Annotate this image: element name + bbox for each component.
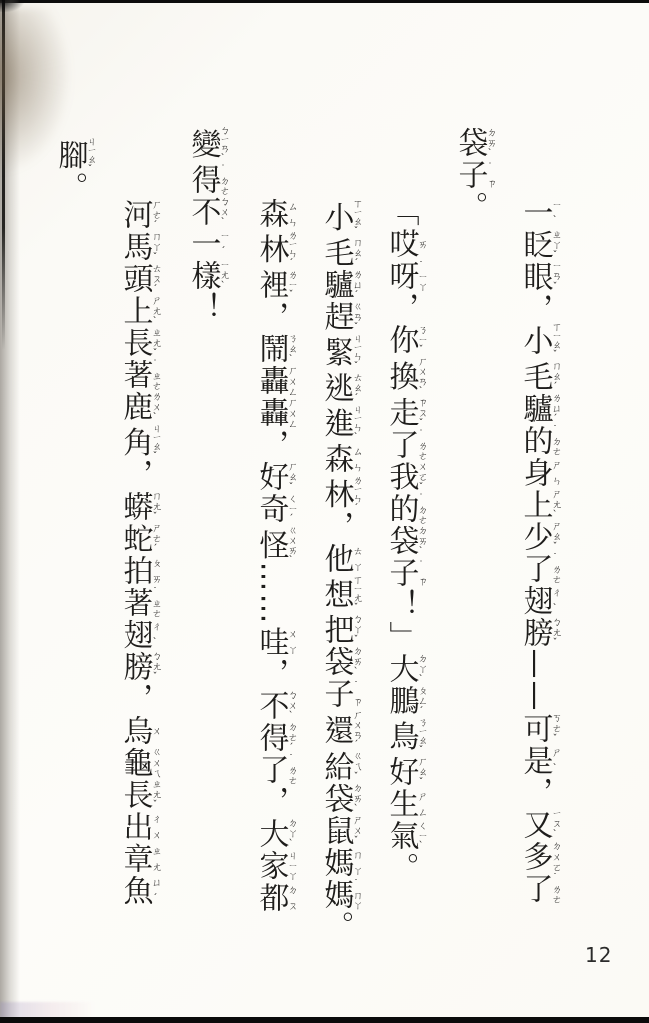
annotated-character: 小ㄒㄧㄠˇ bbox=[319, 198, 354, 237]
zhuyin-annotation: ㄅㄚˇ bbox=[351, 614, 362, 646]
zhuyin-annotation: ㄏㄜˊ bbox=[150, 199, 161, 231]
annotated-character: 好ㄏㄠˇ bbox=[384, 756, 419, 788]
zhuyin-annotation: ㄆㄞ bbox=[150, 555, 161, 587]
zhuyin-annotation: ㄧㄡˋ bbox=[550, 809, 561, 841]
zhuyin-annotation: ㄧㄢˇ bbox=[550, 261, 561, 293]
zhuyin-annotation: ㄏㄨㄢˊ bbox=[351, 710, 362, 751]
zhuyin-annotation: ˙ㄉㄜ bbox=[416, 493, 427, 525]
annotated-character: 可ㄎㄜˇ bbox=[518, 713, 553, 745]
zhuyin-annotation: ㄅㄤˇ bbox=[550, 617, 561, 649]
annotated-character: 了˙ㄌㄜ bbox=[518, 873, 553, 905]
annotated-character: 膀ㄅㄤˇ bbox=[118, 651, 153, 683]
zhuyin-annotation: ㄔˋ bbox=[550, 585, 561, 617]
annotated-character: 轟ㄏㄨㄥ bbox=[254, 365, 289, 397]
annotated-character: 把ㄅㄚˇ bbox=[319, 614, 354, 646]
zhuyin-annotation: ㄗㄡˇ bbox=[416, 397, 427, 429]
annotated-character: 大ㄉㄚˋ bbox=[384, 653, 419, 685]
scan-edge-bottom bbox=[0, 1017, 649, 1023]
annotated-character: 換ㄏㄨㄢˋ bbox=[384, 356, 419, 397]
annotated-character: 子˙ㄗ bbox=[384, 557, 419, 589]
annotated-character: 生ㄕㄥ bbox=[384, 788, 419, 820]
zhuyin-annotation: ㄕㄨˇ bbox=[351, 815, 362, 847]
annotated-character: 得˙ㄉㄜ bbox=[186, 164, 221, 196]
annotated-character: 毛ㄇㄠˊ bbox=[319, 237, 354, 269]
annotated-character: 林ㄌㄧㄣˊ bbox=[254, 230, 289, 269]
zhuyin-annotation: ㄕㄤˋ bbox=[150, 295, 161, 327]
punctuation-character: ， bbox=[254, 429, 289, 461]
zhuyin-annotation: ㄑㄧˊ bbox=[286, 493, 297, 525]
annotated-character: 一ㄧˋ bbox=[518, 197, 553, 229]
annotated-character: 驢ㄌㄩˊ bbox=[518, 393, 553, 425]
zhuyin-annotation: ㄏㄠˇ bbox=[416, 756, 427, 788]
zhuyin-annotation: ㄕㄣ bbox=[550, 457, 561, 489]
scan-noise-bottom-left bbox=[0, 1002, 95, 1018]
annotated-character: 子˙ㄗ bbox=[453, 159, 488, 191]
zhuyin-annotation: ˙ㄇㄚ bbox=[351, 879, 362, 911]
zhuyin-annotation: ㄧㄤˋ bbox=[218, 260, 229, 292]
zhuyin-annotation: ㄇㄠˊ bbox=[550, 361, 561, 393]
annotated-character: 拍ㄆㄞ bbox=[118, 555, 153, 587]
text-column-3: 「哎ㄞ呀˙ㄧㄚ，你ㄋㄧˇ換ㄏㄨㄢˋ走ㄗㄡˇ了˙ㄌㄜ我ㄨㄛˇ的˙ㄉㄜ袋ㄉㄞˋ子˙ㄗ… bbox=[383, 196, 426, 884]
text-column-6: 變ㄅㄧㄢˋ得˙ㄉㄜ不ㄅㄨˋ一ㄧˊ樣ㄧㄤˋ！ bbox=[185, 125, 228, 324]
zhuyin-annotation: ˙ㄌㄜ bbox=[550, 553, 561, 585]
zhuyin-annotation: ˙ㄌㄜ bbox=[416, 429, 427, 461]
zhuyin-annotation: ㄙㄣ bbox=[351, 443, 362, 475]
punctuation-character: ， bbox=[254, 301, 289, 333]
zhuyin-annotation: ㄏㄨㄢˋ bbox=[416, 356, 427, 397]
zhuyin-annotation: ㄆㄥˊ bbox=[416, 685, 427, 717]
zhuyin-annotation: ㄐㄧㄣˇ bbox=[351, 333, 362, 372]
page-number: 12 bbox=[585, 943, 612, 967]
zhuyin-annotation: ㄅㄧㄢˋ bbox=[218, 125, 229, 164]
zhuyin-annotation: ˙ㄗ bbox=[416, 557, 427, 589]
annotated-character: 膀ㄅㄤˇ bbox=[518, 617, 553, 649]
annotated-character: 媽ㄇㄚ bbox=[319, 847, 354, 879]
punctuation-character: ！ bbox=[384, 589, 419, 621]
punctuation-character: ， bbox=[518, 777, 553, 809]
annotated-character: 少ㄕㄠˇ bbox=[518, 521, 553, 553]
annotated-character: 給ㄍㄟˇ bbox=[319, 751, 354, 783]
annotated-character: 子˙ㄗ bbox=[319, 678, 354, 710]
zhuyin-annotation: ㄏㄠˇ bbox=[286, 461, 297, 493]
annotated-character: 氣ㄑㄧˋ bbox=[384, 820, 419, 852]
zhuyin-annotation: ㄐㄧㄚ bbox=[286, 850, 297, 882]
annotated-character: 又ㄧㄡˋ bbox=[518, 809, 553, 841]
zhuyin-annotation: ㄕㄤˋ bbox=[550, 489, 561, 521]
punctuation-character: — bbox=[518, 681, 553, 713]
text-column-2: 袋ㄉㄞˋ子˙ㄗ。 bbox=[452, 127, 495, 223]
zhuyin-annotation: ㄉㄞˋ bbox=[351, 646, 362, 678]
punctuation-character: ， bbox=[254, 658, 289, 690]
annotated-character: 我ㄨㄛˇ bbox=[384, 461, 419, 493]
zhuyin-annotation: ㄨ bbox=[150, 715, 161, 747]
zhuyin-annotation: ㄑㄧˋ bbox=[416, 820, 427, 852]
annotated-character: 呀˙ㄧㄚ bbox=[384, 260, 419, 292]
text-column-5: 森ㄙㄣ林ㄌㄧㄣˊ裡ㄌㄧˇ，鬧ㄋㄠˋ轟ㄏㄨㄥ轟ㄏㄨㄥ，好ㄏㄠˇ奇ㄑㄧˊ怪ㄍㄨㄞˋ…… bbox=[253, 198, 296, 914]
zhuyin-annotation: ˙ㄧㄚ bbox=[416, 260, 427, 292]
zhuyin-annotation: ㄍㄨㄟ bbox=[150, 747, 161, 779]
annotated-character: 馬ㄇㄚˇ bbox=[118, 231, 153, 263]
punctuation-character: ！ bbox=[186, 292, 221, 324]
annotated-character: 眨ㄓㄚˇ bbox=[518, 229, 553, 261]
annotated-character: 上ㄕㄤˋ bbox=[118, 295, 153, 327]
annotated-character: 得ㄉㄜˊ bbox=[254, 722, 289, 754]
annotated-character: 章ㄓㄤ bbox=[118, 843, 153, 875]
annotated-character: 的˙ㄉㄜ bbox=[518, 425, 553, 457]
annotated-character: 樣ㄧㄤˋ bbox=[186, 260, 221, 292]
zhuyin-annotation: ㄕㄜˊ bbox=[150, 523, 161, 555]
annotated-character: 袋ㄉㄞˋ bbox=[384, 525, 419, 557]
zhuyin-annotation: ㄉㄞˋ bbox=[351, 783, 362, 815]
zhuyin-annotation: ㄏㄨㄥ bbox=[286, 365, 297, 397]
zhuyin-annotation: ˙ㄌㄜ bbox=[286, 754, 297, 786]
annotated-character: 都ㄉㄡ bbox=[254, 882, 289, 914]
scan-corner-black bbox=[0, 0, 24, 12]
zhuyin-annotation: ㄅㄨˋ bbox=[286, 690, 297, 722]
zhuyin-annotation: ㄇㄤˇ bbox=[150, 491, 161, 523]
annotated-character: 怪ㄍㄨㄞˋ bbox=[254, 525, 289, 562]
annotated-character: 的˙ㄉㄜ bbox=[384, 493, 419, 525]
zhuyin-annotation: ㄙㄣ bbox=[286, 198, 297, 230]
zhuyin-annotation: ㄌㄩˊ bbox=[351, 269, 362, 301]
scanned-book-page: 一ㄧˋ眨ㄓㄚˇ眼ㄧㄢˇ，小ㄒㄧㄠˇ毛ㄇㄠˊ驢ㄌㄩˊ的˙ㄉㄜ身ㄕㄣ上ㄕㄤˋ少ㄕㄠˇ… bbox=[0, 0, 649, 1023]
punctuation-character: 。 bbox=[453, 191, 488, 223]
punctuation-character: ， bbox=[319, 511, 354, 543]
annotated-character: 了˙ㄌㄜ bbox=[518, 553, 553, 585]
zhuyin-annotation: ㄌㄧˇ bbox=[286, 269, 297, 301]
zhuyin-annotation: ㄊㄡˊ bbox=[150, 263, 161, 295]
zhuyin-annotation: ˙ㄉㄜ bbox=[218, 164, 229, 196]
zhuyin-annotation: ㄋㄧㄠˇ bbox=[416, 717, 427, 756]
zhuyin-annotation: ㄇㄚ bbox=[351, 847, 362, 879]
annotated-character: 多ㄉㄨㄛ bbox=[518, 841, 553, 873]
zhuyin-annotation: ㄓㄤ bbox=[150, 843, 161, 875]
annotated-character: 龜ㄍㄨㄟ bbox=[118, 747, 153, 779]
punctuation-character: … bbox=[254, 562, 289, 594]
zhuyin-annotation: ㄏㄨㄥ bbox=[286, 397, 297, 429]
text-column-8: 腳ㄐㄧㄠˇ。 bbox=[52, 136, 95, 204]
annotated-character: 鹿ㄌㄨˋ bbox=[118, 391, 153, 423]
annotated-character: 裡ㄌㄧˇ bbox=[254, 269, 289, 301]
annotated-character: 了˙ㄌㄜ bbox=[384, 429, 419, 461]
annotated-character: 大ㄉㄚˋ bbox=[254, 818, 289, 850]
punctuation-character: 「 bbox=[384, 196, 419, 228]
zhuyin-annotation: ㄔˋ bbox=[150, 619, 161, 651]
zhuyin-annotation: ˙ㄓㄜ bbox=[150, 359, 161, 391]
zhuyin-annotation: ㄐㄧㄣˋ bbox=[351, 404, 362, 443]
zhuyin-annotation: ㄌㄧㄣˊ bbox=[351, 475, 362, 514]
zhuyin-annotation: ㄕㄥ bbox=[416, 788, 427, 820]
annotated-character: 鼠ㄕㄨˇ bbox=[319, 815, 354, 847]
annotated-character: 還ㄏㄨㄢˊ bbox=[319, 710, 354, 751]
annotated-character: 長ㄓㄤˇ bbox=[118, 327, 153, 359]
annotated-character: 森ㄙㄣ bbox=[254, 198, 289, 230]
annotated-character: 毛ㄇㄠˊ bbox=[518, 361, 553, 393]
zhuyin-annotation: ㄔㄨ bbox=[150, 811, 161, 843]
annotated-character: 頭ㄊㄡˊ bbox=[118, 263, 153, 295]
zhuyin-annotation: ㄉㄜˊ bbox=[286, 722, 297, 754]
annotated-character: 河ㄏㄜˊ bbox=[118, 199, 153, 231]
punctuation-character: 。 bbox=[53, 172, 88, 204]
zhuyin-annotation: ㄧˊ bbox=[218, 228, 229, 260]
annotated-character: 鳥ㄋㄧㄠˇ bbox=[384, 717, 419, 756]
punctuation-character: 。 bbox=[384, 852, 419, 884]
zhuyin-annotation: ㄕˋ bbox=[550, 745, 561, 777]
zhuyin-annotation: ㄍㄨㄞˋ bbox=[286, 525, 297, 566]
annotated-character: 魚ㄩˊ bbox=[118, 875, 153, 907]
zhuyin-annotation: ㄍㄟˇ bbox=[351, 751, 362, 783]
punctuation-character: ， bbox=[118, 459, 153, 491]
annotated-character: 翅ㄔˋ bbox=[518, 585, 553, 617]
annotated-character: 林ㄌㄧㄣˊ bbox=[319, 475, 354, 511]
zhuyin-annotation: ㄓㄤˇ bbox=[150, 779, 161, 811]
zhuyin-annotation: ㄒㄧㄠˇ bbox=[351, 198, 362, 237]
zhuyin-annotation: ㄒㄧㄤˇ bbox=[351, 575, 362, 614]
annotated-character: 小ㄒㄧㄠˇ bbox=[518, 325, 553, 361]
annotated-character: 出ㄔㄨ bbox=[118, 811, 153, 843]
annotated-character: 眼ㄧㄢˇ bbox=[518, 261, 553, 293]
zhuyin-annotation: ㄌㄩˊ bbox=[550, 393, 561, 425]
annotated-character: 蟒ㄇㄤˇ bbox=[118, 491, 153, 523]
zhuyin-annotation: ㄇㄚˇ bbox=[150, 231, 161, 263]
punctuation-character: … bbox=[254, 594, 289, 626]
zhuyin-annotation: ˙ㄗ bbox=[351, 678, 362, 710]
zhuyin-annotation: ㄐㄧㄠˇ bbox=[85, 136, 96, 175]
zhuyin-annotation: ㄉㄡ bbox=[286, 882, 297, 914]
punctuation-character: 。 bbox=[319, 911, 354, 943]
zhuyin-annotation: ㄊㄠˊ bbox=[351, 372, 362, 404]
punctuation-character: ， bbox=[384, 292, 419, 324]
annotated-character: 你ㄋㄧˇ bbox=[384, 324, 419, 356]
annotated-character: 腳ㄐㄧㄠˇ bbox=[53, 136, 88, 172]
zhuyin-annotation: ˙ㄉㄜ bbox=[550, 425, 561, 457]
annotated-character: 他ㄊㄚ bbox=[319, 543, 354, 575]
annotated-character: 緊ㄐㄧㄣˇ bbox=[319, 333, 354, 372]
zhuyin-annotation: ㄌㄨˋ bbox=[150, 391, 161, 423]
zhuyin-annotation: ㄨㄛˇ bbox=[416, 461, 427, 493]
annotated-character: 蛇ㄕㄜˊ bbox=[118, 523, 153, 555]
annotated-character: 袋ㄉㄞˋ bbox=[453, 127, 488, 159]
annotated-character: 哇ㄨㄚ bbox=[254, 626, 289, 658]
zhuyin-annotation: ㄎㄜˇ bbox=[550, 713, 561, 745]
annotated-character: 烏ㄨ bbox=[118, 715, 153, 747]
annotated-character: 好ㄏㄠˇ bbox=[254, 461, 289, 493]
zhuyin-annotation: ˙ㄓㄜ bbox=[150, 587, 161, 619]
annotated-character: 角ㄐㄧㄠˇ bbox=[118, 423, 153, 459]
text-column-7: 河ㄏㄜˊ馬ㄇㄚˇ頭ㄊㄡˊ上ㄕㄤˋ長ㄓㄤˇ著˙ㄓㄜ鹿ㄌㄨˋ角ㄐㄧㄠˇ，蟒ㄇㄤˇ蛇ㄕ… bbox=[117, 199, 160, 907]
zhuyin-annotation: ㄇㄠˊ bbox=[351, 237, 362, 269]
annotated-character: 上ㄕㄤˋ bbox=[518, 489, 553, 521]
annotated-character: 哎ㄞ bbox=[384, 228, 419, 260]
annotated-character: 奇ㄑㄧˊ bbox=[254, 493, 289, 525]
annotated-character: 媽˙ㄇㄚ bbox=[319, 879, 354, 911]
punctuation-character: — bbox=[518, 649, 553, 681]
punctuation-character: ， bbox=[118, 683, 153, 715]
zhuyin-annotation: ㄒㄧㄠˇ bbox=[550, 322, 561, 361]
annotated-character: 袋ㄉㄞˋ bbox=[319, 646, 354, 678]
annotated-character: 變ㄅㄧㄢˋ bbox=[186, 125, 221, 164]
zhuyin-annotation: ㄅㄨˋ bbox=[218, 196, 229, 228]
annotated-character: 一ㄧˊ bbox=[186, 228, 221, 260]
annotated-character: 長ㄓㄤˇ bbox=[118, 779, 153, 811]
annotated-character: 了˙ㄌㄜ bbox=[254, 754, 289, 786]
punctuation-character: ， bbox=[518, 293, 553, 325]
annotated-character: 驢ㄌㄩˊ bbox=[319, 269, 354, 301]
zhuyin-annotation: ㄋㄧˇ bbox=[416, 324, 427, 356]
zhuyin-annotation: ㄧˋ bbox=[550, 197, 561, 229]
zhuyin-annotation: ˙ㄗ bbox=[485, 159, 496, 191]
annotated-character: 著˙ㄓㄜ bbox=[118, 587, 153, 619]
annotated-character: 趕ㄍㄢˇ bbox=[319, 301, 354, 333]
zhuyin-annotation: ㄞ bbox=[416, 228, 427, 260]
text-column-1: 一ㄧˋ眨ㄓㄚˇ眼ㄧㄢˇ，小ㄒㄧㄠˇ毛ㄇㄠˊ驢ㄌㄩˊ的˙ㄉㄜ身ㄕㄣ上ㄕㄤˋ少ㄕㄠˇ… bbox=[517, 197, 560, 905]
zhuyin-annotation: ㄓㄚˇ bbox=[550, 229, 561, 261]
zhuyin-annotation: ㄉㄞˋ bbox=[485, 127, 496, 159]
annotated-character: 鬧ㄋㄠˋ bbox=[254, 333, 289, 365]
zhuyin-annotation: ㄋㄠˋ bbox=[286, 333, 297, 365]
zhuyin-annotation: ㄍㄢˇ bbox=[351, 301, 362, 333]
annotated-character: 進ㄐㄧㄣˋ bbox=[319, 404, 354, 443]
zhuyin-annotation: ㄉㄞˋ bbox=[416, 525, 427, 557]
zhuyin-annotation: ㄕㄠˇ bbox=[550, 521, 561, 553]
annotated-character: 著˙ㄓㄜ bbox=[118, 359, 153, 391]
annotated-character: 轟ㄏㄨㄥ bbox=[254, 397, 289, 429]
annotated-character: 袋ㄉㄞˋ bbox=[319, 783, 354, 815]
annotated-character: 家ㄐㄧㄚ bbox=[254, 850, 289, 882]
zhuyin-annotation: ㄓㄤˇ bbox=[150, 327, 161, 359]
annotated-character: 走ㄗㄡˇ bbox=[384, 397, 419, 429]
zhuyin-annotation: ˙ㄌㄜ bbox=[550, 873, 561, 905]
annotated-character: 是ㄕˋ bbox=[518, 745, 553, 777]
annotated-character: 身ㄕㄣ bbox=[518, 457, 553, 489]
zhuyin-annotation: ㄉㄚˋ bbox=[416, 653, 427, 685]
annotated-character: 翅ㄔˋ bbox=[118, 619, 153, 651]
annotated-character: 不ㄅㄨˋ bbox=[186, 196, 221, 228]
annotated-character: 不ㄅㄨˋ bbox=[254, 690, 289, 722]
zhuyin-annotation: ㄩˊ bbox=[150, 875, 161, 907]
zhuyin-annotation: ㄉㄨㄛ bbox=[550, 841, 561, 873]
zhuyin-annotation: ㄐㄧㄠˇ bbox=[150, 423, 161, 462]
text-column-4: 小ㄒㄧㄠˇ毛ㄇㄠˊ驢ㄌㄩˊ趕ㄍㄢˇ緊ㄐㄧㄣˇ逃ㄊㄠˊ進ㄐㄧㄣˋ森ㄙㄣ林ㄌㄧㄣˊ，… bbox=[318, 198, 361, 943]
punctuation-character: ， bbox=[254, 786, 289, 818]
zhuyin-annotation: ㄌㄧㄣˊ bbox=[286, 230, 297, 269]
zhuyin-annotation: ㄊㄚ bbox=[351, 543, 362, 575]
zhuyin-annotation: ㄉㄚˋ bbox=[286, 818, 297, 850]
zhuyin-annotation: ㄨㄚ bbox=[286, 626, 297, 658]
scan-edge-top bbox=[0, 0, 649, 3]
annotated-character: 逃ㄊㄠˊ bbox=[319, 372, 354, 404]
annotated-character: 鵬ㄆㄥˊ bbox=[384, 685, 419, 717]
zhuyin-annotation: ㄅㄤˇ bbox=[150, 651, 161, 683]
annotated-character: 想ㄒㄧㄤˇ bbox=[319, 575, 354, 614]
annotated-character: 森ㄙㄣ bbox=[319, 443, 354, 475]
punctuation-character: 」 bbox=[384, 621, 419, 653]
